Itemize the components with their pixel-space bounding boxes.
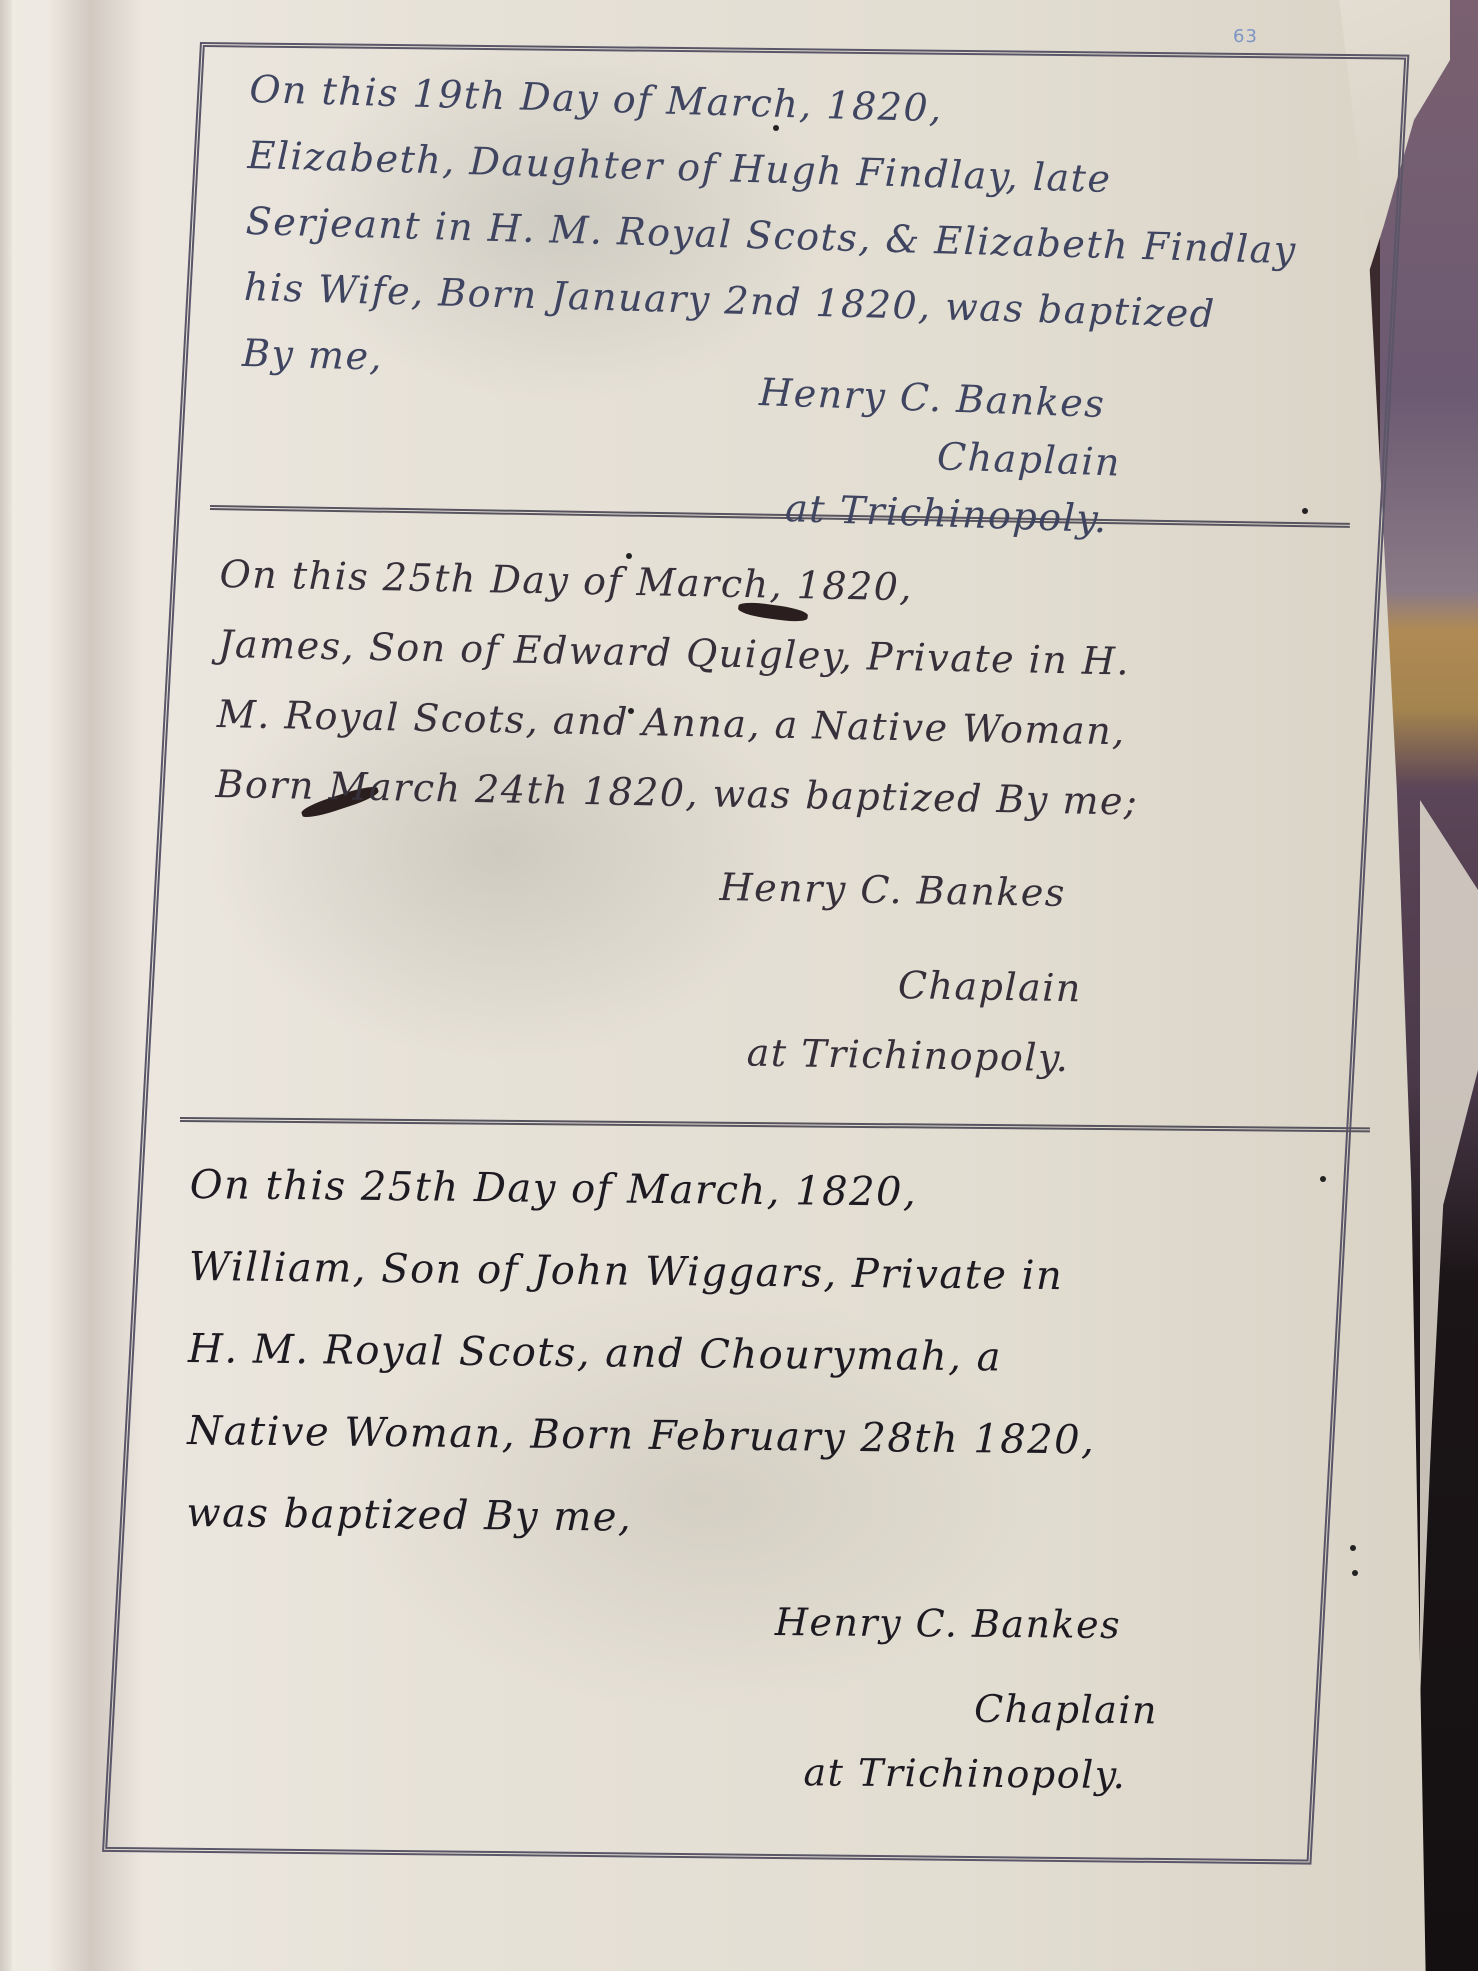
signature-title: Chaplain <box>898 963 1083 1010</box>
page-edge-left <box>0 0 12 1971</box>
baptism-entry-james-quigley: On this 25th Day of March, 1820, James, … <box>215 555 1143 853</box>
ink-spot <box>1302 508 1308 514</box>
signature-name: Henry C. Bankes <box>775 1600 1122 1647</box>
baptism-entry-william-wiggars: On this 25th Day of March, 1820, William… <box>186 1165 1098 1584</box>
ink-spot <box>1320 1176 1326 1182</box>
entry-line: Native Woman, Born February 28th 1820, <box>187 1411 1096 1503</box>
signature-place: at Trichinopoly. <box>746 1030 1070 1080</box>
entry-line: On this 25th Day of March, 1820, <box>189 1165 1098 1257</box>
page-number: 63 <box>1233 26 1258 47</box>
ink-spot <box>626 553 632 559</box>
ink-spot <box>1350 1545 1356 1551</box>
signature-place: at Trichinopoly. <box>803 1750 1126 1797</box>
signature-name: Henry C. Bankes <box>719 865 1066 915</box>
ink-spot <box>1352 1570 1358 1576</box>
entry-line: William, Son of John Wiggars, Private in <box>188 1247 1097 1339</box>
entry-line: H. M. Royal Scots, and Chourymah, a <box>187 1329 1096 1421</box>
signature-title: Chaplain <box>936 434 1121 484</box>
signature-title: Chaplain <box>974 1687 1158 1733</box>
entry-line: was baptized By me, <box>186 1493 1095 1585</box>
